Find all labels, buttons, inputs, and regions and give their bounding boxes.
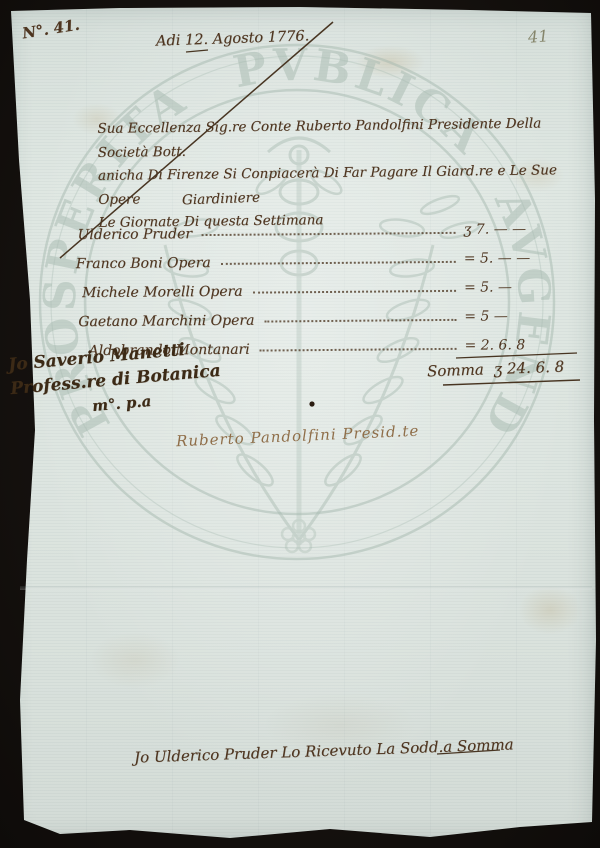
photo-background: PROSPERITA PVBLICA AVGENDAE [0,0,600,848]
somma-value: ʒ 24. 6. 8 [493,358,564,378]
row-amount: = 5. — — [464,250,576,269]
folio-number: 41 [527,26,549,46]
gardener-name: Franco Boni Opera [76,255,211,272]
dotted-leader [253,290,456,294]
somma-label: Somma [427,360,484,380]
dotted-leader [260,348,457,352]
row-amount: = 5. — [464,279,576,298]
dotted-leader [202,232,456,236]
payroll-row: Franco Boni Opera = 5. — — [76,239,576,272]
payroll-row: Michele Morelli Opera = 5. — [76,268,576,301]
gardener-name: Gaetano Marchini Opera [78,313,254,331]
fold-crease [20,586,592,590]
gardener-name: Ulderico Pruder [77,226,192,243]
order-paragraph-line2: anicha Di Firenze Si Conpiacerà Di Far P… [98,159,577,212]
list-heading: Giardiniere [182,190,261,209]
payroll-row: Ulderico Pruder ʒ 7. — — [75,210,575,243]
payroll-row: Gaetano Marchini Opera = 5 — [76,297,576,330]
dotted-leader [221,261,456,265]
row-amount: = 5 — [464,308,576,327]
row-amount: = 2. 6. 8 [464,337,576,356]
row-amount: ʒ 7. — — [463,221,575,240]
order-paragraph-line1: Sua Eccellenza Sig.re Conte Ruberto Pand… [97,112,576,165]
gardener-name: Michele Morelli Opera [82,284,243,301]
payroll-list: Ulderico Pruder ʒ 7. — — Franco Boni Ope… [75,210,576,359]
dotted-leader [264,319,456,323]
